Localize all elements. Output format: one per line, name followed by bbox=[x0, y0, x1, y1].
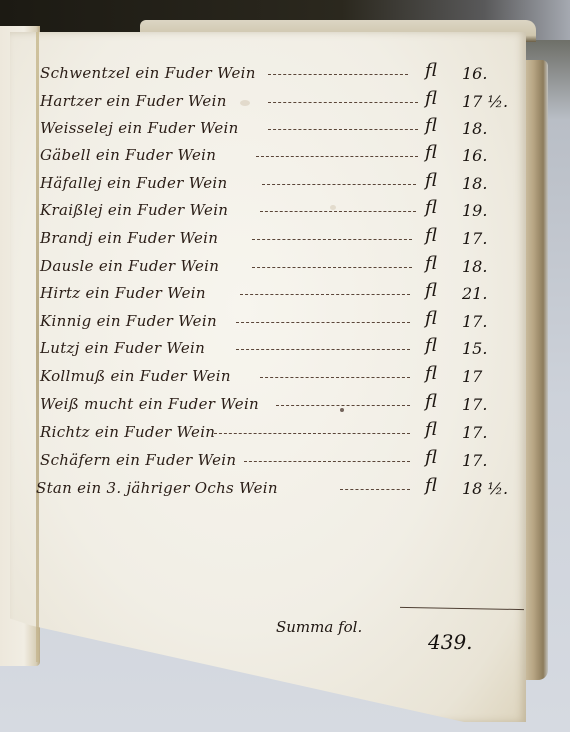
entry-value: 17. bbox=[462, 451, 487, 470]
ledger-row: Richtz ein Fuder Wein fl 17. bbox=[0, 423, 530, 450]
ledger-row: Lutzj ein Fuder Wein fl 15. bbox=[0, 339, 530, 366]
ledger-row: Hartzer ein Fuder Wein fl 17 ½. bbox=[0, 92, 530, 119]
entry-name: Häfallej ein Fuder Wein bbox=[40, 174, 227, 192]
currency-mark: fl bbox=[425, 225, 437, 246]
entry-name: Hartzer ein Fuder Wein bbox=[40, 92, 227, 110]
entry-value: 18. bbox=[462, 119, 487, 138]
dash-leader bbox=[262, 184, 416, 186]
currency-mark: fl bbox=[425, 447, 437, 468]
ledger-row: Kinnig ein Fuder Wein fl 17. bbox=[0, 312, 530, 339]
entry-name: Dausle ein Fuder Wein bbox=[40, 257, 219, 275]
entry-value: 17 bbox=[462, 367, 482, 386]
entry-value: 18. bbox=[462, 174, 487, 193]
entry-name: Kinnig ein Fuder Wein bbox=[40, 312, 217, 330]
ledger-row: Brandj ein Fuder Wein fl 17. bbox=[0, 229, 530, 256]
currency-mark: fl bbox=[425, 335, 437, 356]
dash-leader bbox=[268, 102, 418, 104]
ledger-row: Weisselej ein Fuder Wein fl 18. bbox=[0, 119, 530, 146]
dash-leader bbox=[276, 405, 410, 407]
currency-mark: fl bbox=[425, 170, 437, 191]
currency-mark: fl bbox=[425, 280, 437, 301]
entry-name: Kraißlej ein Fuder Wein bbox=[40, 201, 228, 219]
currency-mark: fl bbox=[425, 308, 437, 329]
currency-mark: fl bbox=[425, 391, 437, 412]
currency-mark: fl bbox=[425, 142, 437, 163]
currency-mark: fl bbox=[425, 419, 437, 440]
entry-value: 16. bbox=[462, 146, 487, 165]
dash-leader bbox=[252, 267, 412, 269]
dash-leader bbox=[268, 74, 408, 76]
ledger-row: Schwentzel ein Fuder Wein fl 16. bbox=[0, 64, 530, 91]
dash-leader bbox=[268, 129, 418, 131]
entry-name: Hirtz ein Fuder Wein bbox=[40, 284, 206, 302]
dash-leader bbox=[256, 156, 418, 158]
ledger-row: Hirtz ein Fuder Wein fl 21. bbox=[0, 284, 530, 311]
ledger-row: Stan ein 3. jähriger Ochs Wein fl 18 ½. bbox=[0, 479, 530, 506]
entry-name: Lutzj ein Fuder Wein bbox=[40, 339, 205, 357]
entry-name: Schäfern ein Fuder Wein bbox=[40, 451, 236, 469]
entry-value: 17. bbox=[462, 312, 487, 331]
entry-name: Kollmuß ein Fuder Wein bbox=[40, 367, 231, 385]
currency-mark: fl bbox=[425, 115, 437, 136]
ledger-row: Dausle ein Fuder Wein fl 18. bbox=[0, 257, 530, 284]
entry-name: Weisselej ein Fuder Wein bbox=[40, 119, 239, 137]
entry-value: 17. bbox=[462, 395, 487, 414]
entry-value: 15. bbox=[462, 339, 487, 358]
ledger-row: Kollmuß ein Fuder Wein fl 17 bbox=[0, 367, 530, 394]
dash-leader bbox=[240, 294, 410, 296]
entry-name: Weiß mucht ein Fuder Wein bbox=[40, 395, 259, 413]
entry-value: 16. bbox=[462, 64, 487, 83]
currency-mark: fl bbox=[425, 475, 437, 496]
total-value: 439. bbox=[428, 630, 473, 654]
ledger-row: Gäbell ein Fuder Wein fl 16. bbox=[0, 146, 530, 173]
currency-mark: fl bbox=[425, 60, 437, 81]
entry-value: 17 ½. bbox=[462, 92, 508, 111]
currency-mark: fl bbox=[425, 363, 437, 384]
entry-value: 21. bbox=[462, 284, 487, 303]
currency-mark: fl bbox=[425, 88, 437, 109]
dash-leader bbox=[214, 433, 410, 435]
currency-mark: fl bbox=[425, 197, 437, 218]
entry-value: 17. bbox=[462, 423, 487, 442]
dash-leader bbox=[244, 461, 410, 463]
ledger-row: Häfallej ein Fuder Wein fl 18. bbox=[0, 174, 530, 201]
dash-leader bbox=[260, 377, 410, 379]
dash-leader bbox=[340, 489, 410, 491]
entry-value: 18 ½. bbox=[462, 479, 508, 498]
dash-leader bbox=[236, 349, 410, 351]
entry-value: 19. bbox=[462, 201, 487, 220]
dash-leader bbox=[252, 239, 412, 241]
entry-name: Stan ein 3. jähriger Ochs Wein bbox=[36, 479, 278, 497]
ledger-row: Weiß mucht ein Fuder Wein fl 17. bbox=[0, 395, 530, 422]
currency-mark: fl bbox=[425, 253, 437, 274]
entry-value: 17. bbox=[462, 229, 487, 248]
dash-leader bbox=[260, 211, 416, 213]
entry-name: Brandj ein Fuder Wein bbox=[40, 229, 218, 247]
ledger-row: Schäfern ein Fuder Wein fl 17. bbox=[0, 451, 530, 478]
total-label: Summa fol. bbox=[276, 618, 362, 636]
ledger-row: Kraißlej ein Fuder Wein fl 19. bbox=[0, 201, 530, 228]
entry-name: Richtz ein Fuder Wein bbox=[40, 423, 215, 441]
entry-name: Schwentzel ein Fuder Wein bbox=[40, 64, 256, 82]
entry-name: Gäbell ein Fuder Wein bbox=[40, 146, 216, 164]
entry-value: 18. bbox=[462, 257, 487, 276]
dash-leader bbox=[236, 322, 410, 324]
